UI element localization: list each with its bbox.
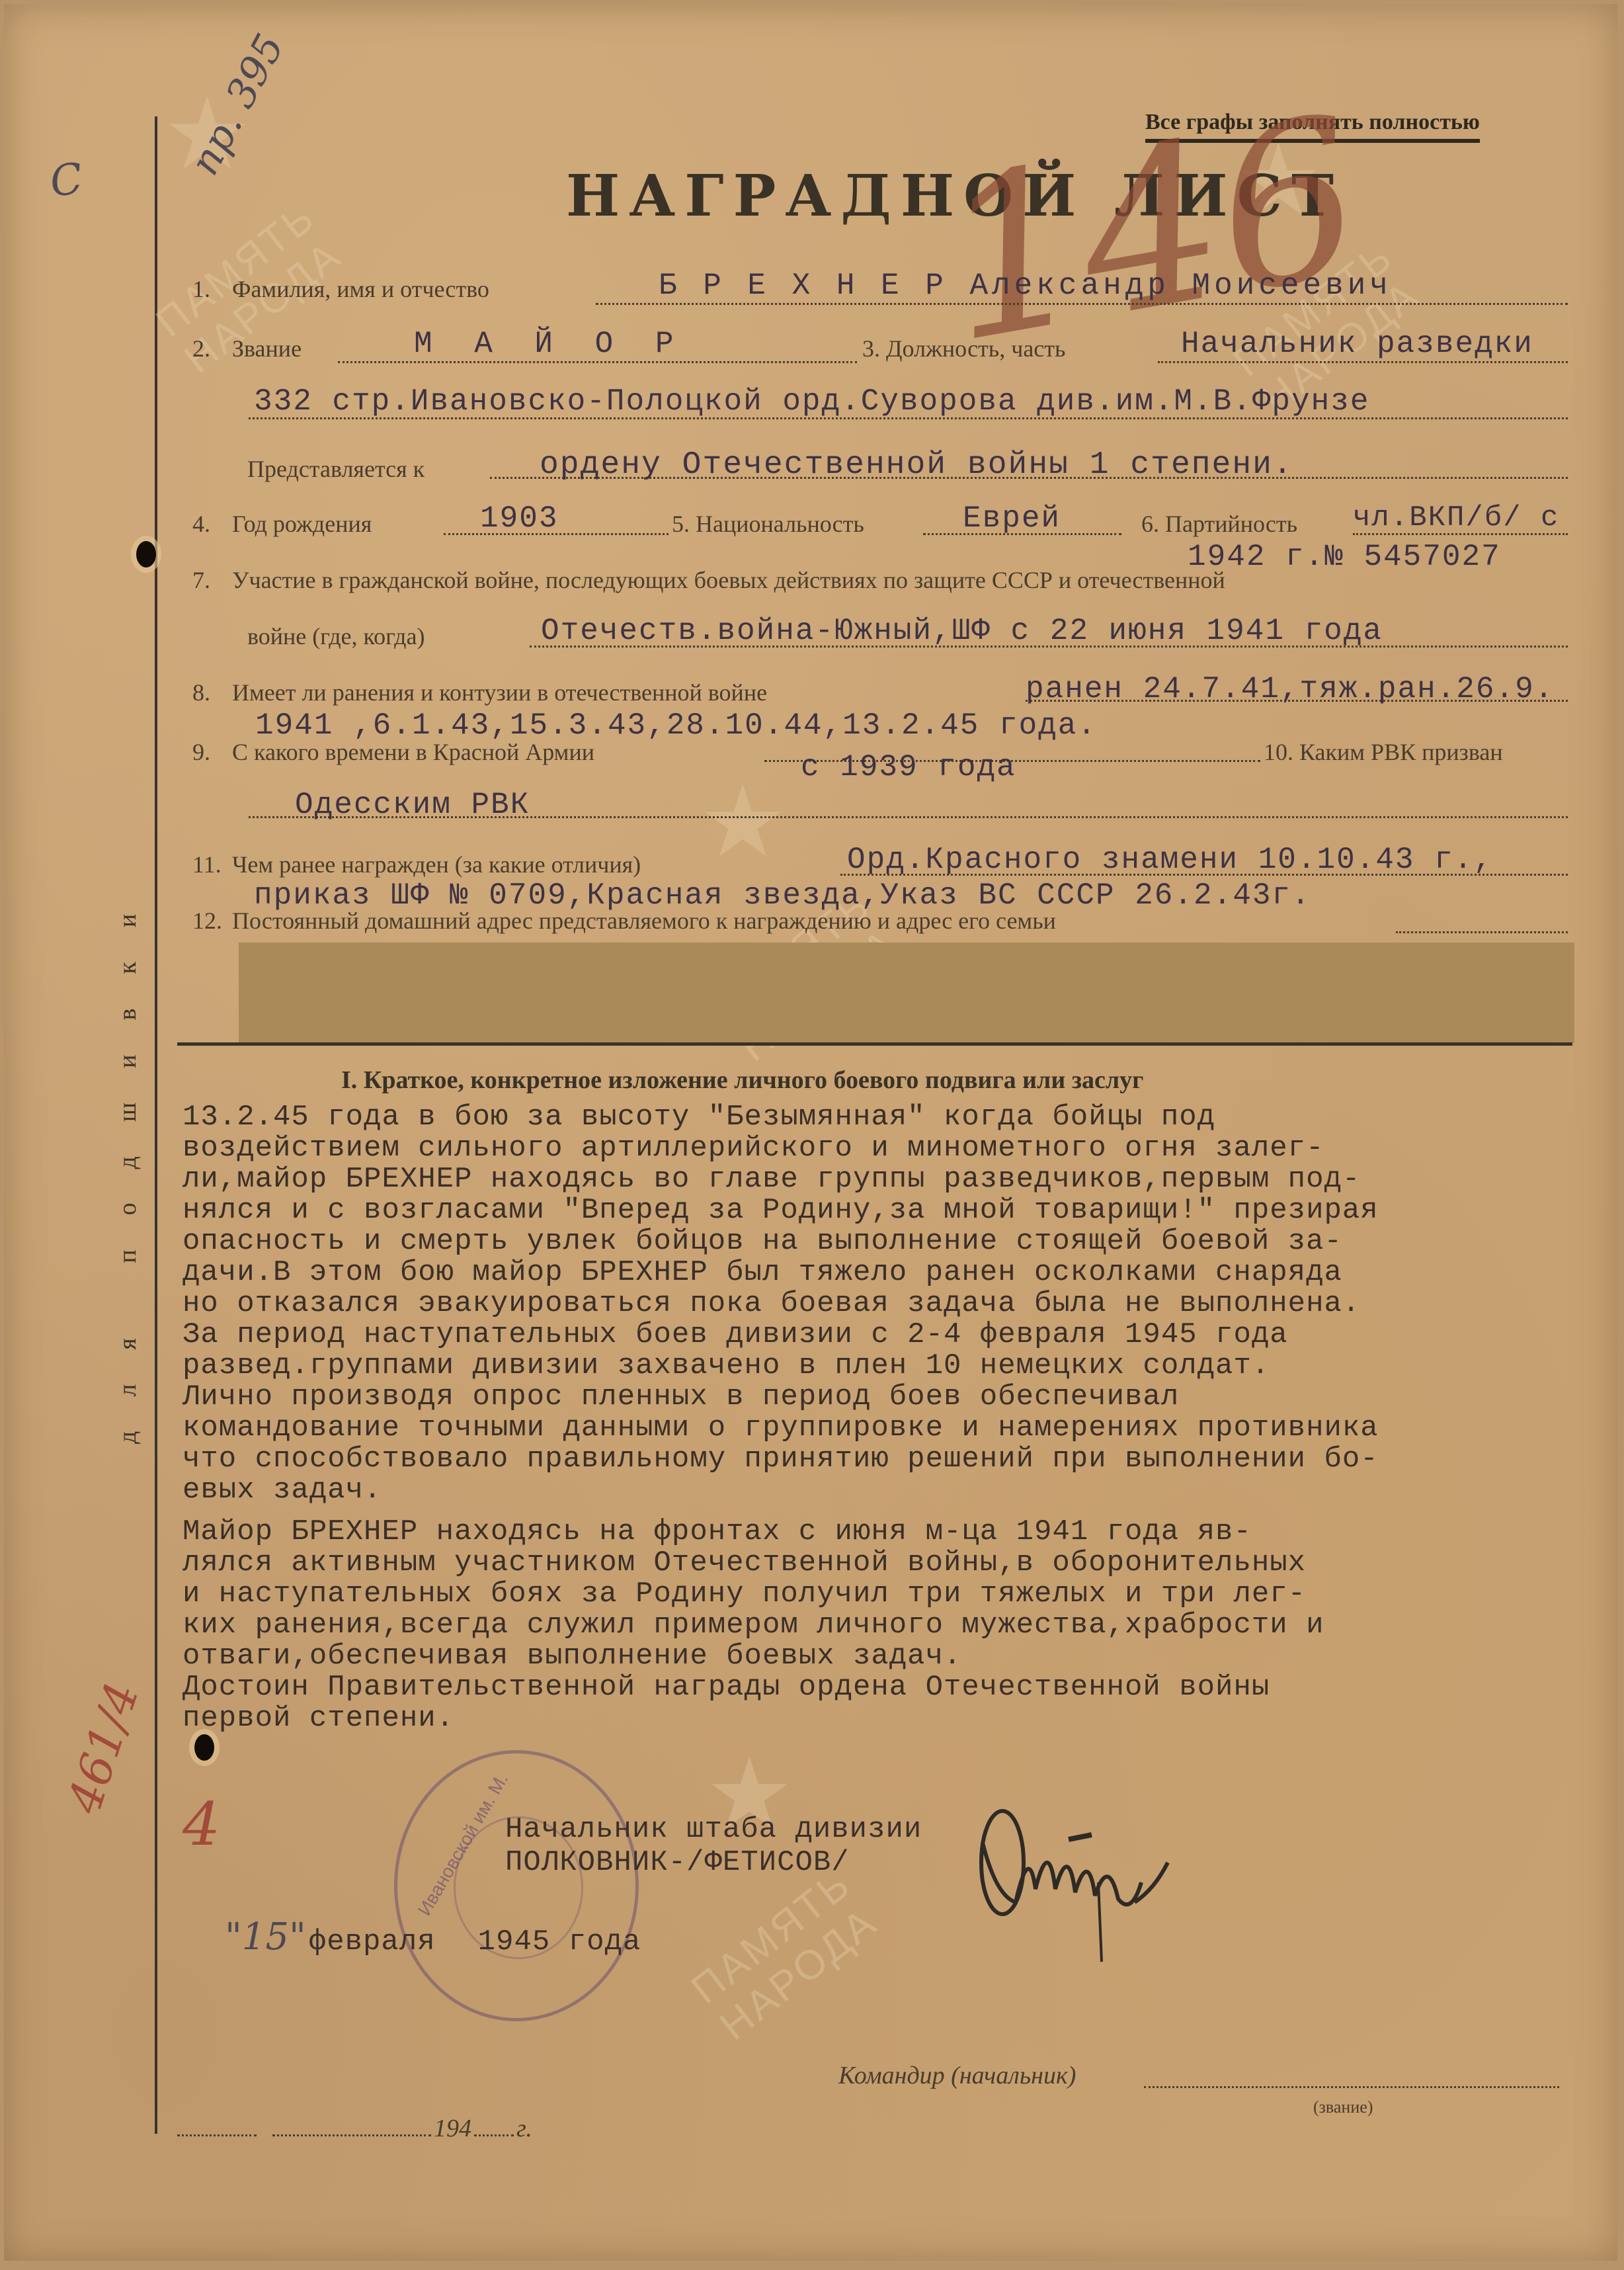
handwritten-red-note: 461/4 — [57, 1676, 149, 1820]
binding-margin-label: для подшивки — [113, 599, 153, 1724]
watermark-star-icon: ★ — [698, 765, 787, 880]
field-6-party: чл.ВКП/б/ с — [1353, 501, 1559, 534]
narrative-line: ли,майор БРЕХНЕР находясь во главе групп… — [183, 1163, 1360, 1196]
signature-date: "15" февраля 1945 года — [225, 1915, 641, 1958]
field-12-label: 12.Постоянный домашний адрес представляе… — [192, 907, 1056, 935]
narrative-line: нялся и с возгласами "Вперед за Родину,з… — [183, 1194, 1379, 1227]
award-sheet-paper: для подшивки ★ ПАМЯТЬНАРОДА ★ ПАМЯТЬНАРО… — [4, 4, 1617, 2261]
narrative-line: но отказался эвакуироваться пока боевая … — [183, 1287, 1360, 1320]
commander-label: Командир (начальник) — [838, 2061, 1076, 2090]
field-2-label: 2.Звание — [192, 335, 302, 362]
narrative-line: воздействием сильного артиллерийского и … — [183, 1132, 1324, 1165]
rank-caption: (звание) — [1313, 2097, 1373, 2117]
field-7-label: 7.Участие в гражданской войне, последующ… — [192, 566, 1225, 594]
narrative-line: лялся активным участником Отечественной … — [183, 1546, 1306, 1579]
field-2-rank: М А Й О Р — [414, 327, 685, 361]
signer-rank-name: ПОЛКОВНИК-/ФЕТИСОВ/ — [505, 1846, 850, 1879]
field-10-label: 10. Каким РВК призван — [1264, 738, 1503, 766]
field-11-previous-awards: Орд.Красного знамени 10.10.43 г., — [847, 843, 1493, 877]
field-3-line — [1158, 361, 1568, 363]
date-year: 1945 года — [478, 1925, 641, 1958]
narrative-line: Майор БРЕХНЕР находясь на фронтах с июня… — [183, 1515, 1252, 1548]
field-6-party-card: 1942 г.№ 5457027 — [1188, 540, 1501, 574]
narrative-line: 13.2.45 года в бою за высоту "Безымянная… — [183, 1101, 1215, 1134]
date-day: "15" — [225, 1915, 306, 1958]
field-5-label: 5. Национальность — [672, 510, 864, 538]
narrative-line: ких ранения,всегда служил примером лично… — [183, 1609, 1324, 1642]
field-12-line — [1396, 931, 1568, 933]
narrative-line: евых задач. — [183, 1474, 382, 1507]
field-1-full-name: Б Р Е Х Н Е Р Александр Моисеевич — [659, 269, 1392, 303]
field-3-unit: 332 стр.Ивановско-Полоцкой орд.Суворова … — [254, 384, 1369, 419]
field-1-label: 1.Фамилия, имя и отчество — [192, 275, 489, 303]
field-5-nationality: Еврей — [963, 501, 1061, 536]
handwritten-mark: С — [47, 154, 86, 207]
field-3-position: Начальник разведки — [1181, 327, 1533, 361]
narrative-line: За период наступательных боев дивизии с … — [183, 1318, 1288, 1351]
narrative-line: дачи.В этом бою майор БРЕХНЕР был тяжело… — [183, 1256, 1342, 1289]
narrative-title: I. Краткое, конкретное изложение личного… — [341, 1066, 1143, 1095]
narrative-line: что способствовало правильному принятию … — [183, 1443, 1379, 1476]
narrative-line: и наступательных боях за Родину получил … — [183, 1577, 1306, 1611]
commander-signature-line — [1144, 2086, 1559, 2088]
presented-for-award: ордену Отечественной войны 1 степени. — [540, 447, 1293, 483]
template-year: 194 — [434, 2115, 471, 2142]
field-8-wounds: ранен 24.7.41,тяж.ран.26.9. — [1026, 672, 1554, 706]
field-2-line — [338, 361, 857, 363]
field-7-label-2: войне (где, когда) — [247, 622, 425, 650]
field-1-line — [596, 303, 1568, 305]
narrative-line: развед.группами дивизии захвачено в плен… — [183, 1349, 1270, 1382]
handwritten-red-note: 4 — [183, 1790, 220, 1859]
field-9-army-since: с 1939 года — [801, 750, 1016, 784]
narrative-line: Достоин Правительственной награды ордена… — [183, 1671, 1270, 1704]
narrative-line: отваги,обеспечивая выполнение боевых зад… — [183, 1640, 961, 1673]
narrative-line: опасность и смерть увлек бойцов на выпол… — [183, 1225, 1342, 1258]
field-9-label: 9.С какого времени в Красной Армии — [192, 738, 594, 766]
redacted-address — [239, 943, 1574, 1043]
narrative-line: первой степени. — [183, 1702, 454, 1735]
field-7-war-participation: Отечеств.война-Южный,ШФ с 22 июня 1941 г… — [541, 614, 1383, 648]
narrative-line: командование точными данными о группиров… — [183, 1411, 1379, 1445]
field-11-label: 11.Чем ранее награжден (за какие отличия… — [192, 851, 641, 878]
presented-for-label: Представляется к — [247, 455, 425, 483]
field-10-draft-office: Одесским РВК — [295, 788, 530, 822]
narrative-line: Лично производя опрос пленных в период б… — [183, 1380, 1179, 1413]
field-6-label: 6. Партийность — [1141, 510, 1297, 538]
binding-margin-rule — [155, 116, 157, 2134]
field-4-birth-year: 1903 — [480, 501, 558, 536]
punch-hole — [194, 1734, 214, 1761]
field-8-label: 8.Имеет ли ранения и контузии в отечеств… — [192, 679, 767, 706]
date-month: февраля — [309, 1925, 436, 1958]
blank-date-template: 194 г. — [177, 2114, 532, 2143]
field-3-label: 3. Должность, часть — [862, 335, 1065, 362]
signer-position: Начальник штаба дивизии — [505, 1813, 922, 1846]
section-divider — [177, 1042, 1572, 1046]
punch-hole — [136, 541, 156, 567]
template-year-suffix: г. — [516, 2115, 532, 2142]
field-4-label: 4.Год рождения — [192, 510, 372, 538]
watermark: ПАМЯТЬНАРОДА — [683, 1861, 889, 2050]
signature — [969, 1803, 1326, 1975]
